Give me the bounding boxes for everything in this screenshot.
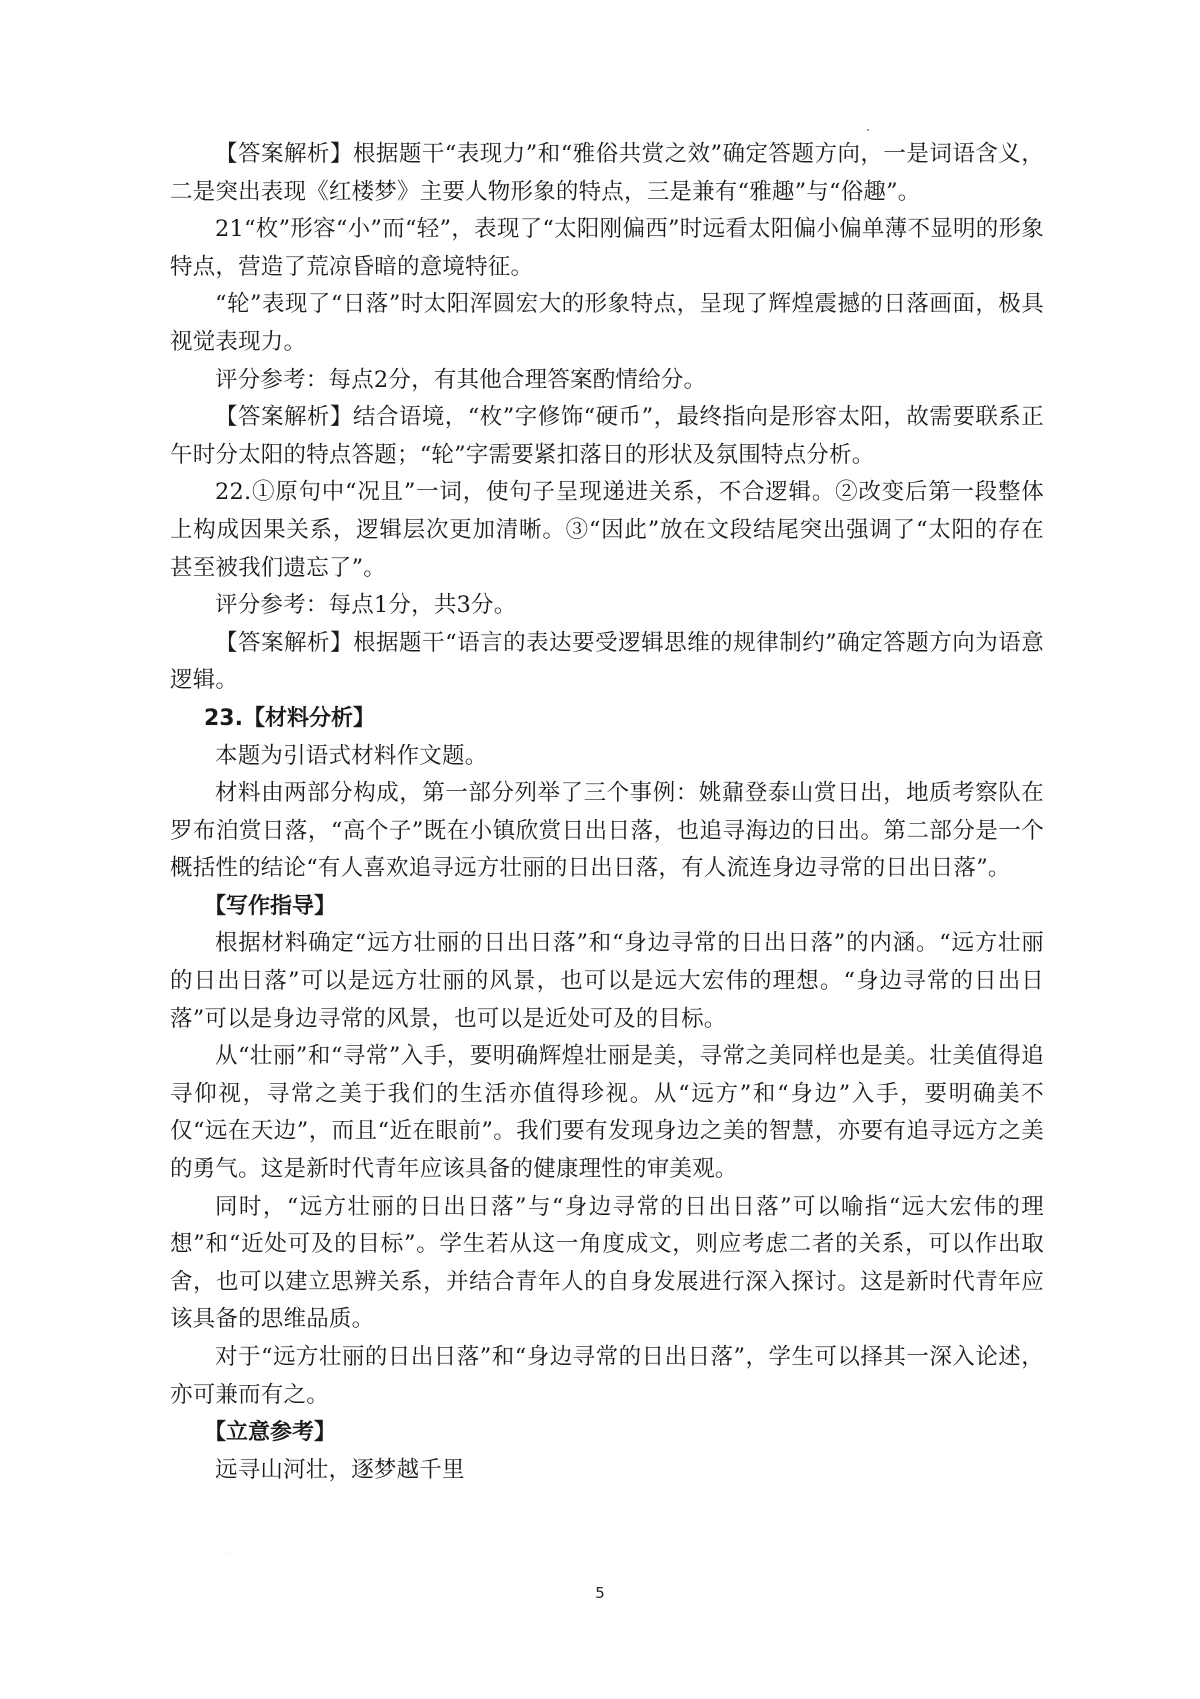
scan-speck <box>226 1553 227 1554</box>
paragraph-guidance-ideals: 同时，“远方壮丽的日出日落”与“身边寻常的日出日落”可以喻指“远大宏伟的理想”和… <box>170 1189 1044 1339</box>
paragraph-guidance-meaning: 根据材料确定“远方壮丽的日出日落”和“身边寻常的日出日落”的内涵。“远方壮丽的日… <box>170 925 1044 1038</box>
page-content: 【答案解析】根据题干“表现力”和“雅俗共赏之效”确定答题方向，一是词语含义，二是… <box>170 136 1044 1489</box>
paragraph-guidance-choice: 对于“远方壮丽的日出日落”和“身边寻常的日出日落”，学生可以择其一深入论述，亦可… <box>170 1339 1044 1414</box>
page-number: 5 <box>0 1584 1200 1602</box>
paragraph-scoring-22: 评分参考：每点1分，共3分。 <box>170 587 1044 625</box>
paragraph-answer-analysis-20: 【答案解析】根据题干“表现力”和“雅俗共赏之效”确定答题方向，一是词语含义，二是… <box>170 136 1044 211</box>
paragraph-question-type: 本题为引语式材料作文题。 <box>170 738 1044 776</box>
paragraph-material-structure: 材料由两部分构成，第一部分列举了三个事例：姚鼐登泰山赏日出，地质考察队在罗布泊赏… <box>170 775 1044 888</box>
paragraph-theme-example: 远寻山河壮，逐梦越千里 <box>170 1452 1044 1490</box>
paragraph-answer-21-lun: “轮”表现了“日落”时太阳浑圆宏大的形象特点，呈现了辉煌震撼的日落画面，极具视觉… <box>170 286 1044 361</box>
heading-theme-reference: 【立意参考】 <box>170 1414 1044 1452</box>
paragraph-answer-22: 22.①原句中“况且”一词，使句子呈现递进关系，不合逻辑。②改变后第一段整体上构… <box>170 474 1044 587</box>
paragraph-answer-21-mei: 21“枚”形容“小”而“轻”，表现了“太阳刚偏西”时远看太阳偏小偏单薄不显明的形… <box>170 211 1044 286</box>
document-page: 【答案解析】根据题干“表现力”和“雅俗共赏之效”确定答题方向，一是词语含义，二是… <box>0 0 1200 1699</box>
paragraph-guidance-beauty: 从“壮丽”和“寻常”入手，要明确辉煌壮丽是美，寻常之美同样也是美。壮美值得追寻仰… <box>170 1038 1044 1188</box>
heading-material-analysis: 23.【材料分析】 <box>170 700 1044 738</box>
heading-writing-guidance: 【写作指导】 <box>170 888 1044 926</box>
paragraph-scoring-21: 评分参考：每点2分，有其他合理答案酌情给分。 <box>170 362 1044 400</box>
paragraph-answer-analysis-22: 【答案解析】根据题干“语言的表达要受逻辑思维的规律制约”确定答题方向为语意逻辑。 <box>170 625 1044 700</box>
scan-speck <box>867 129 869 131</box>
paragraph-answer-analysis-21: 【答案解析】结合语境，“枚”字修饰“硬币”，最终指向是形容太阳，故需要联系正午时… <box>170 399 1044 474</box>
